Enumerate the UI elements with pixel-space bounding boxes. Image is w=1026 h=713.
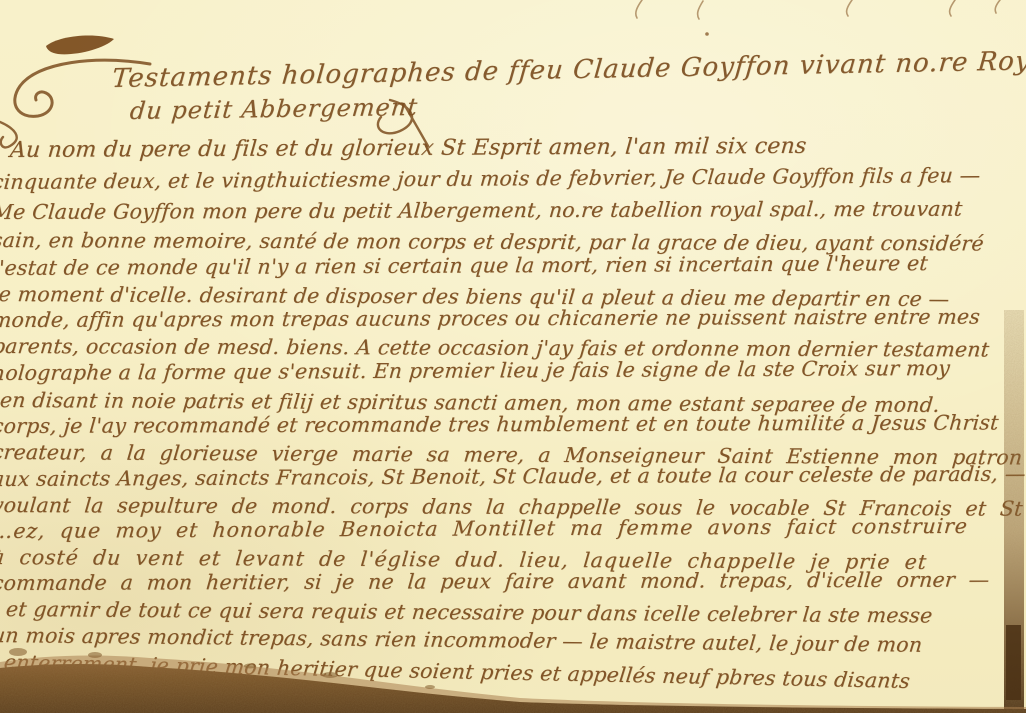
manuscript-line: monde, affin qu'apres mon trepas aucuns … xyxy=(0,305,981,332)
manuscript-line: Au nom du pere du fils et du glorieux St… xyxy=(9,134,807,163)
page-edge-dark-blob xyxy=(1006,625,1021,700)
manuscript-line: cinquante deux, et le vingthuictiesme jo… xyxy=(0,163,981,194)
manuscript-scan-page: Testaments holographes de ffeu Claude Go… xyxy=(0,0,1026,713)
cropped-top-strokes xyxy=(636,0,1000,19)
manuscript-line: …ez, que moy et honorable Benoicta Monti… xyxy=(0,514,969,543)
manuscript-line: l'estat de ce monde qu'il n'y a rien si … xyxy=(0,251,929,280)
manuscript-line: un mois apres mondict trepas, sans rien … xyxy=(0,623,923,657)
title-leaf-flourish xyxy=(46,35,114,54)
manuscript-line: corps, je l'ay recommandé et recommande … xyxy=(0,410,1000,438)
manuscript-line: et garnir de tout ce qui sera requis et … xyxy=(5,597,934,627)
manuscript-line: commande a mon heritier, si je ne la peu… xyxy=(0,568,990,595)
manuscript-line: enterrement, je prie mon heritier que so… xyxy=(3,650,912,693)
manuscript-title-line-1: Testaments holographes de ffeu Claude Go… xyxy=(111,46,1026,94)
manuscript-line: aux saincts Anges, saincts Francois, St … xyxy=(0,462,1026,491)
manuscript-line: holographe a la forme que s'ensuit. En p… xyxy=(0,356,951,385)
manuscript-title-line-2: du petit Abbergement xyxy=(129,93,420,125)
ink-dot xyxy=(705,32,709,36)
manuscript-line: Me Claude Goyffon mon pere du petit Albe… xyxy=(0,197,963,224)
